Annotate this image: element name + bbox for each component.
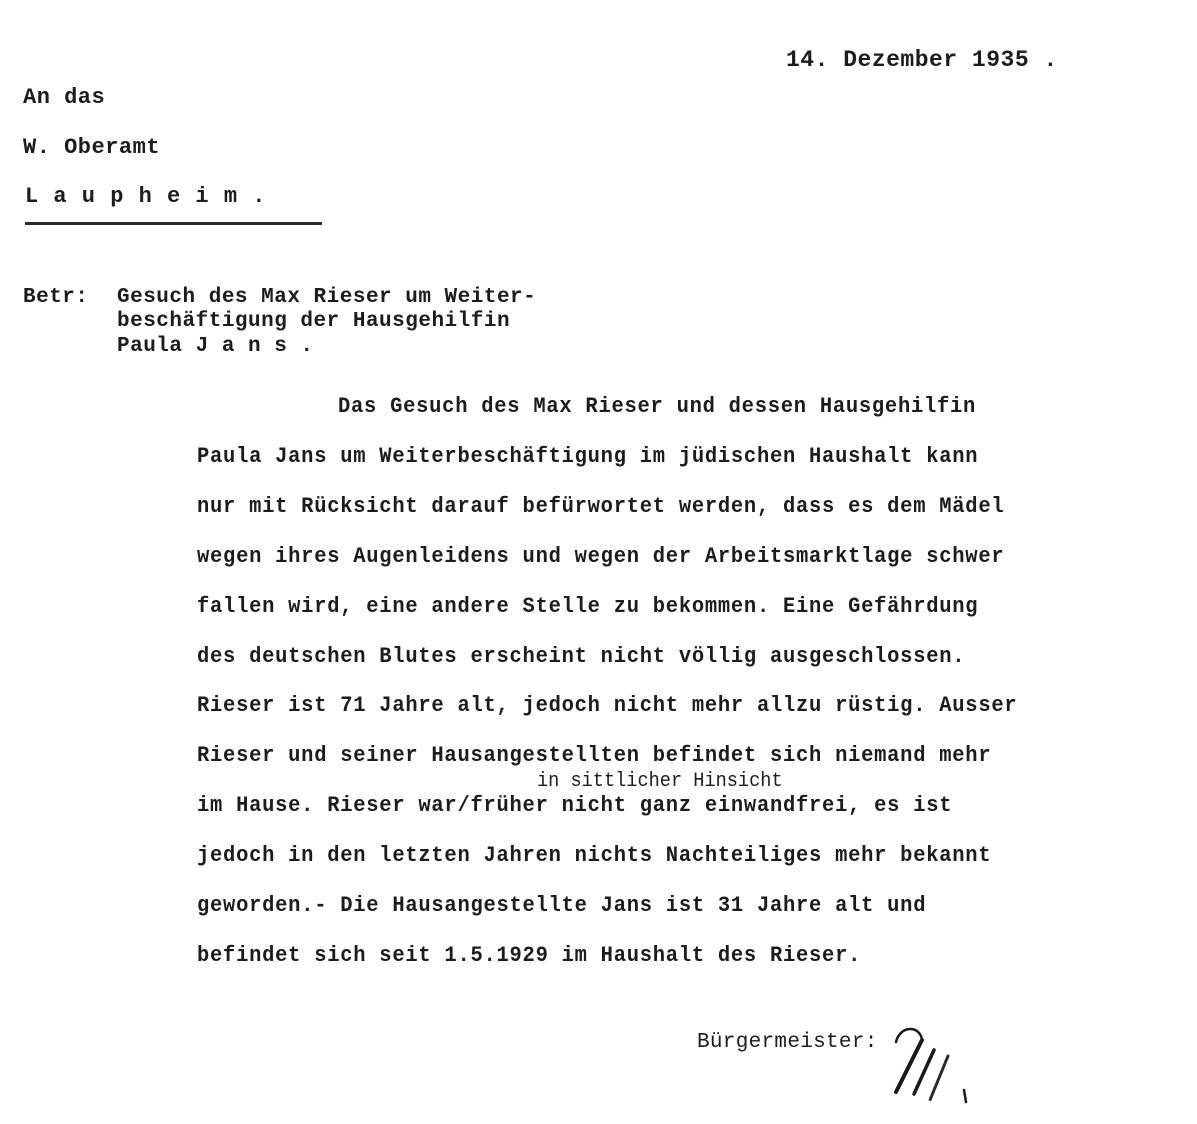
body-line: im Hause. Rieser war/früher nicht ganz e… (197, 795, 952, 817)
signature-label: Bürgermeister: (697, 1032, 878, 1053)
body-line: Paula Jans um Weiterbeschäftigung im jüd… (197, 446, 978, 468)
body-line: Das Gesuch des Max Rieser und dessen Hau… (338, 396, 976, 418)
body-line: des deutschen Blutes erscheint nicht völ… (197, 646, 965, 668)
subject-line: Gesuch des Max Rieser um Weiter- (117, 287, 536, 308)
subject-line: Paula J a n s . (117, 336, 314, 357)
recipient-underline (25, 222, 322, 225)
body-line: fallen wird, eine andere Stelle zu bekom… (197, 596, 978, 618)
body-line: Rieser ist 71 Jahre alt, jedoch nicht me… (197, 695, 1017, 717)
subject-line: beschäftigung der Hausgehilfin (117, 311, 510, 332)
body-line: nur mit Rücksicht darauf befürwortet wer… (197, 496, 1004, 518)
document-date: 14. Dezember 1935 . (786, 49, 1058, 72)
subject-label: Betr: (23, 287, 89, 308)
body-line: geworden.- Die Hausangestellte Jans ist … (197, 895, 926, 917)
body-line: jedoch in den letzten Jahren nichts Nach… (197, 845, 991, 867)
interlinear-insertion: in sittlicher Hinsicht (537, 772, 783, 792)
recipient-line-2: W. Oberamt (23, 137, 160, 159)
body-line: befindet sich seit 1.5.1929 im Haushalt … (197, 945, 861, 967)
recipient-line-1: An das (23, 87, 105, 109)
body-line: wegen ihres Augenleidens und wegen der A… (197, 546, 1004, 568)
body-line: Rieser und seiner Hausangestellten befin… (197, 745, 991, 767)
document-page: 14. Dezember 1935 . An das W. Oberamt L … (0, 0, 1197, 1124)
recipient-line-3: L a u p h e i m . (25, 186, 266, 208)
handwritten-signature-icon (890, 1020, 980, 1110)
